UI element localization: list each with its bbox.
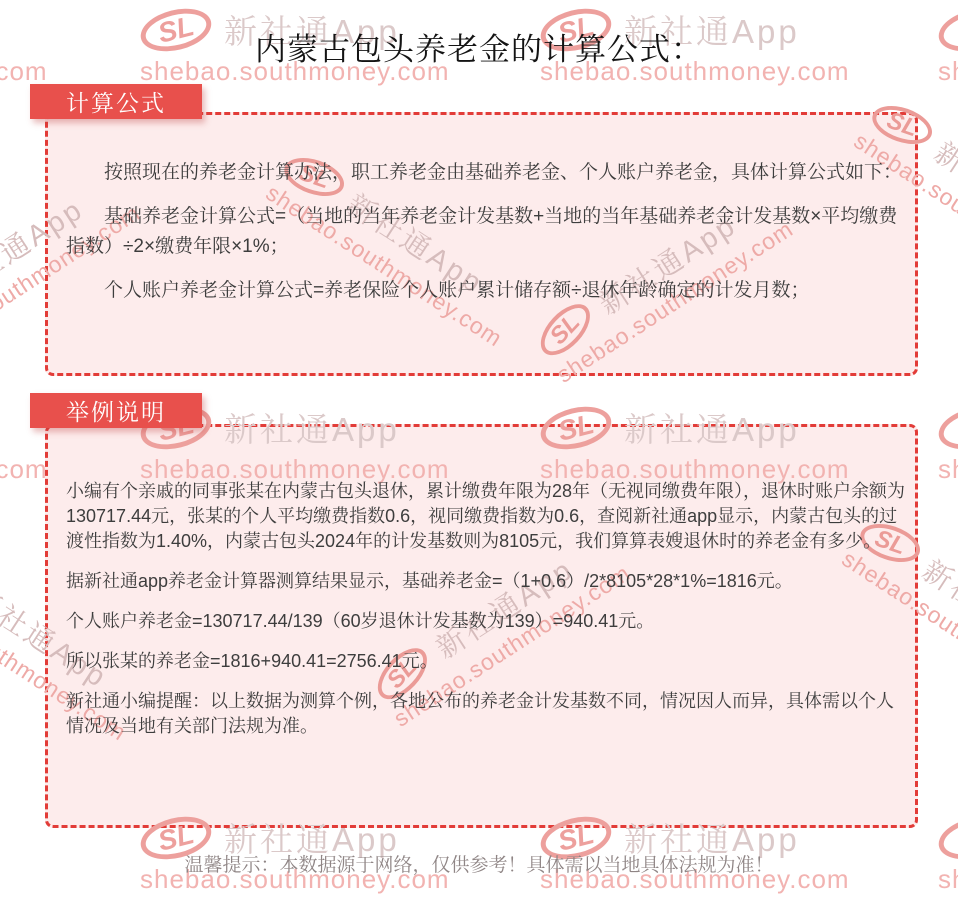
formula-panel-content: 按照现在的养老金计算办法，职工养老金由基础养老金、个人账户养老金，具体计算公式如… xyxy=(66,158,906,320)
watermark-brand-text: 新社通App xyxy=(915,549,958,669)
paragraph: 个人账户养老金计算公式=养老保险个人账户累计储存额÷退休年龄确定的计发月数； xyxy=(66,276,906,306)
paragraph: 新社通小编提醒：以上数据为测算个例，各地公布的养老金计发基数不同，情况因人而异，… xyxy=(66,689,908,739)
watermark-brand-text: 新社通App xyxy=(927,131,958,251)
article-page: SL新社通App shebao.southmoney.com SL新社通App … xyxy=(0,0,958,914)
paragraph: 所以张某的养老金=1816+940.41=2756.41元。 xyxy=(66,649,908,674)
brand-logo-icon: SL xyxy=(934,399,958,455)
section-tab-example: 举例说明 xyxy=(30,393,202,428)
paragraph: 个人账户养老金=130717.44/139（60岁退休计发基数为139）=940… xyxy=(66,609,908,634)
watermark: SL新社通App shebao.southmoney.com xyxy=(938,404,958,485)
paragraph: 基础养老金计算公式=（当地的当年养老金计发基数+当地的当年基础养老金计发基数×平… xyxy=(66,202,906,262)
paragraph: 据新社通app养老金计算器测算结果显示，基础养老金=（1+0.6）/2*8105… xyxy=(66,569,908,594)
paragraph: 按照现在的养老金计算办法，职工养老金由基础养老金、个人账户养老金，具体计算公式如… xyxy=(66,158,906,188)
watermark-domain-text: shebao.southmoney.com xyxy=(0,454,48,485)
example-panel-content: 小编有个亲戚的同事张某在内蒙古包头退休，累计缴费年限为28年（无视同缴费年限），… xyxy=(66,479,908,754)
watermark-domain-text: shebao.southmoney.com xyxy=(938,454,958,485)
paragraph: 小编有个亲戚的同事张某在内蒙古包头退休，累计缴费年限为28年（无视同缴费年限），… xyxy=(66,479,908,554)
footer-disclaimer: 温馨提示：本数据源于网络，仅供参考！具体需以当地具体法规为准！ xyxy=(0,850,958,877)
section-tab-formula: 计算公式 xyxy=(30,84,202,119)
page-title: 内蒙古包头养老金的计算公式： xyxy=(0,24,958,69)
